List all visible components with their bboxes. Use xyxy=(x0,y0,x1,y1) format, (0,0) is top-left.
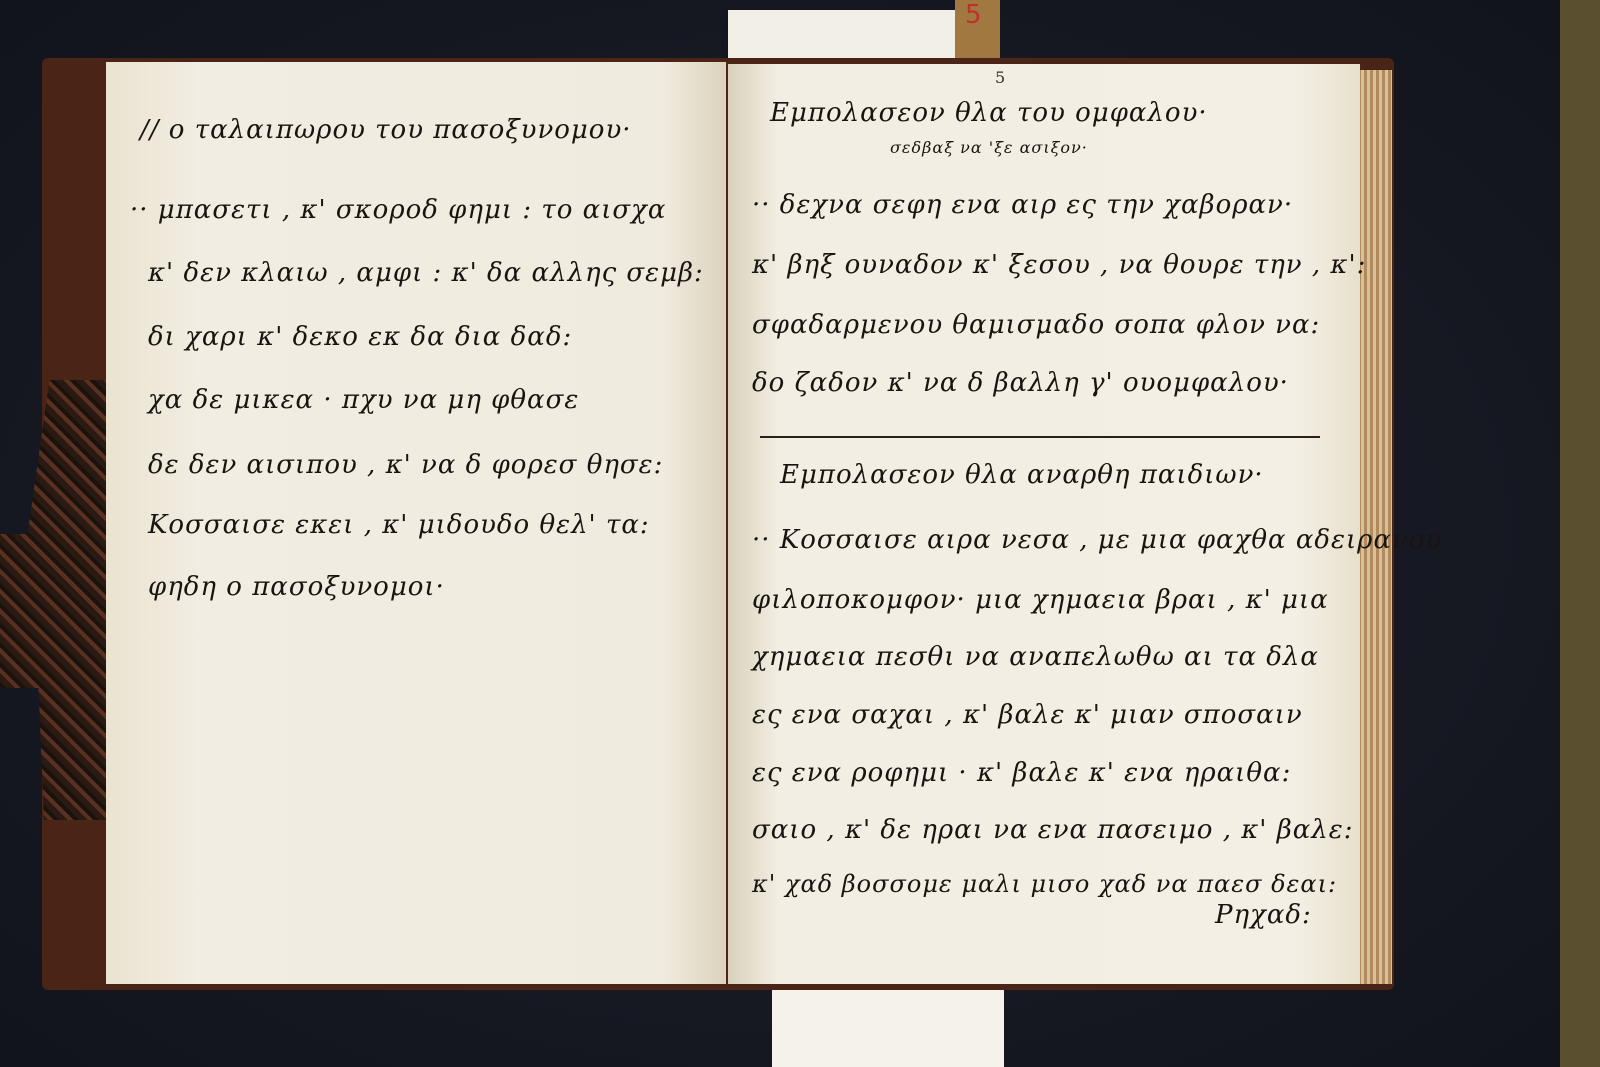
right-line: κ' χαδ βοσσομε μαλι μισο χαδ να παεσ δεα… xyxy=(752,870,1337,898)
right-line: δο ζαδον κ' να δ βαλλη γ' ουομφαλου· xyxy=(752,368,1289,398)
recipe-title: Εμπολασεον θλα του ομφαλου· xyxy=(770,98,1208,128)
numbered-tab: 5 xyxy=(955,0,1000,58)
page-number: 5 xyxy=(995,68,1005,87)
right-line: σφαδαρμενου θαμισμαδο σοπα φλον να: xyxy=(752,310,1320,340)
right-line: κ' βηξ ουναδον κ' ξεσου , να θουρε την ,… xyxy=(752,250,1366,280)
left-line: ·· μπασετι , κ' σκοροδ φημι : το αισχα xyxy=(130,195,666,225)
left-line: Κοσσαισε εκει , κ' μιδουδο θελ' τα: xyxy=(148,510,650,540)
signature: Ρηχαδ: xyxy=(1215,900,1312,930)
right-line: ·· δεχνα σεφη ενα αιρ ες την χαβοραν· xyxy=(752,190,1293,220)
right-line: ·· Κοσσαισε αιρα νεσα , με μια φαχθα αδε… xyxy=(752,525,1442,555)
left-line: φηδη ο πασοξυνομοι· xyxy=(148,572,445,602)
left-line: χα δε μικεα · πχυ να μη φθασε xyxy=(148,385,579,415)
recipe-title: Εμπολασεον θλα αναρθη παιδιων· xyxy=(780,460,1264,490)
right-line: ες ενα σαχαι , κ' βαλε κ' μιαν σποσαιν xyxy=(752,700,1303,730)
left-title: // ο ταλαιπωρου του πασοξυνομου· xyxy=(140,115,632,145)
left-line: δι χαρι κ' δεκο εκ δα δια δαδ: xyxy=(148,322,572,352)
slip-number: 5 xyxy=(965,0,982,30)
section-divider xyxy=(760,436,1320,438)
right-line: χημαεια πεσθι να αναπελωθω αι τα δλα xyxy=(752,642,1319,672)
right-line: σαιο , κ' δε ηραι να ενα πασειμο , κ' βα… xyxy=(752,815,1354,845)
olive-table-edge xyxy=(1560,0,1600,1067)
right-line: φιλοποκομφον· μια χημαεια βραι , κ' μια xyxy=(752,585,1329,615)
left-line: κ' δεν κλαιω , αμφι : κ' δα αλλης σεμβ: xyxy=(148,258,704,288)
left-line: δε δεν αισιπου , κ' να δ φορεσ θησε: xyxy=(148,450,663,480)
right-line: ες ενα ροφημι · κ' βαλε κ' ενα ηραιθα: xyxy=(752,758,1291,788)
bottom-paper-slip xyxy=(772,985,1004,1067)
recipe-subtitle: σεδβαξ να 'ξε ασιξον· xyxy=(890,138,1088,157)
